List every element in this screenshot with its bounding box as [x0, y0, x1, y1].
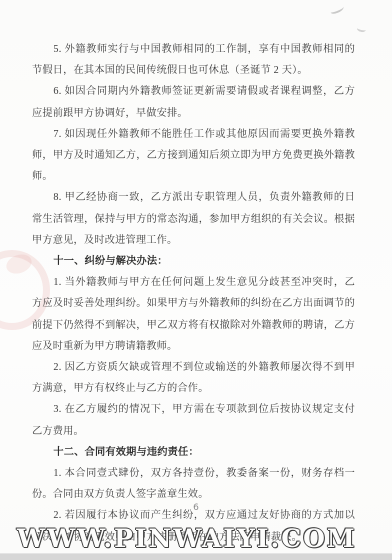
pencil-mark-icon — [329, 4, 344, 15]
clause-6: 6. 如因合同期内外籍教师签证更新需要请假或者课程调整，乙方应提前跟甲方协调好，… — [32, 81, 355, 123]
clause-8: 8. 甲乙经协商一致，乙方派出专职管理人员，负责外籍教师的日常生活管理，保持与甲… — [32, 187, 355, 251]
section-11-clause-2: 2. 因乙方资质欠缺或管理不到位或输送的外籍教师屡次得不到甲方满意，甲方有权终止… — [32, 357, 355, 399]
scanned-contract-page: 5. 外籍教师实行与中国教师相同的工作制，享有中国教师相同的节假日，在其本国的民… — [0, 0, 392, 560]
clause-7: 7. 如因现任外籍教师不能胜任工作或其他原因而需要更换外籍教师，甲方及时通知乙方… — [32, 124, 355, 188]
contract-text-body: 5. 外籍教师实行与中国教师相同的工作制，享有中国教师相同的节假日，在其本国的民… — [32, 39, 355, 548]
section-12-heading: 十二、合同有效期与违约责任： — [32, 442, 355, 463]
section-11-clause-3: 3. 在乙方履约的情况下，甲方需在专项款到位后按协议规定支付乙方费用。 — [32, 399, 355, 441]
scan-edge-bar — [0, 553, 392, 560]
section-12-clause-1: 1. 本合同壹式肆份，双方各持壹份，教委备案一份，财务存档一份。合同由双方负责人… — [32, 463, 355, 505]
clause-5: 5. 外籍教师实行与中国教师相同的工作制，享有中国教师相同的节假日，在其本国的民… — [32, 39, 355, 81]
pencil-mark-icon — [356, 25, 366, 33]
page-number: 6 — [0, 503, 392, 513]
section-11-heading: 十一、纠纷与解决办法： — [32, 251, 355, 272]
watermark-text: WWW.PINWAIYI.COM — [17, 524, 357, 553]
section-11-clause-1: 1. 当外籍教师与甲方在任何问题上发生意见分歧甚至冲突时，乙方应及时妥善处理纠纷… — [32, 272, 355, 357]
